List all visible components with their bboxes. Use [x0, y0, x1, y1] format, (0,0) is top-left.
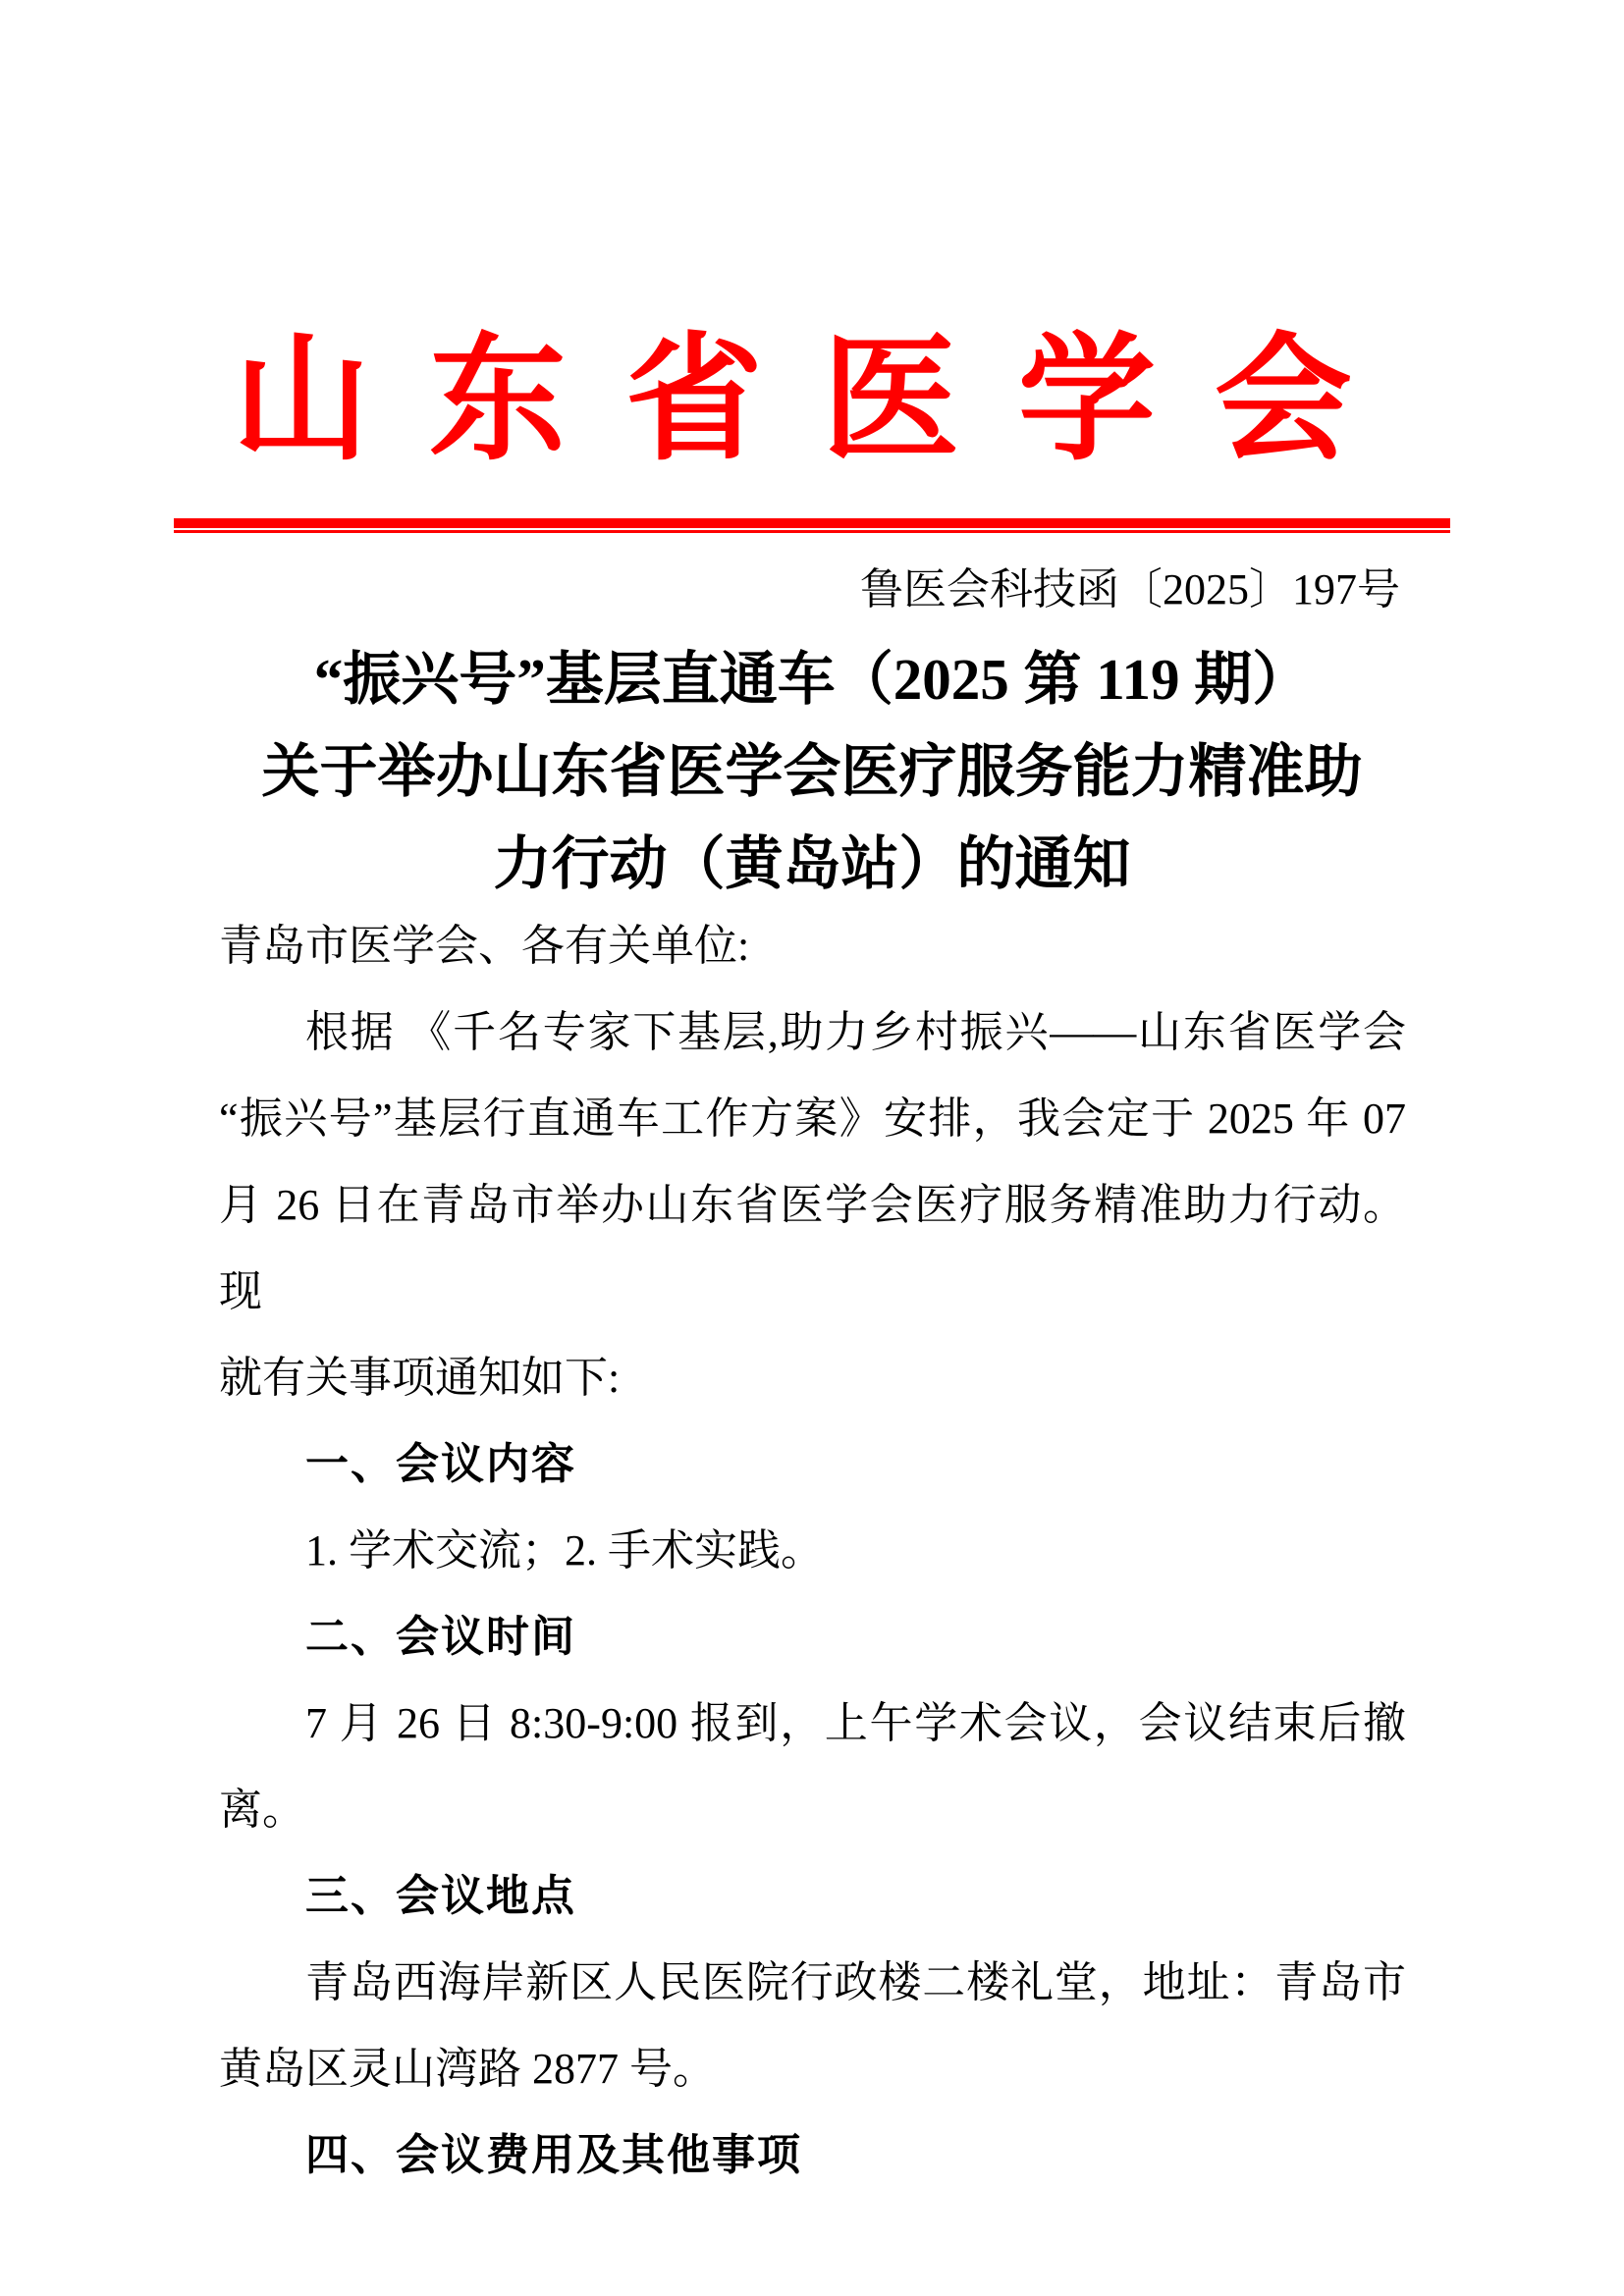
body-line: 离。 — [219, 1767, 1406, 1853]
body-line: “振兴号”基层行直通车工作方案》安排，我会定于 2025 年 07 — [219, 1076, 1406, 1162]
org-title-char: 山 — [233, 324, 370, 479]
body-line: 黄岛区灵山湾路 2877 号。 — [219, 2026, 1406, 2112]
org-title-char: 学 — [1018, 324, 1156, 479]
org-masthead-title: 山东省医学会 — [233, 324, 1352, 486]
body-line: 7 月 26 日 8:30-9:00 报到，上午学术会议，会议结束后撤 — [219, 1681, 1406, 1767]
body-line: 青岛西海岸新区人民医院行政楼二楼礼堂，地址：青岛市 — [219, 1940, 1406, 2026]
notice-body: 青岛市医学会、各有关单位:根据 《千名专家下基层,助力乡村振兴——山东省医学会“… — [219, 903, 1406, 2199]
doc-reference-number: 鲁医会科技函〔2025〕197号 — [219, 562, 1400, 617]
org-title-char: 医 — [822, 324, 959, 479]
body-line: 月 26 日在青岛市举办山东省医学会医疗服务精准助力行动。现 — [219, 1162, 1406, 1335]
org-title-char: 会 — [1215, 324, 1352, 479]
notice-title: “振兴号”基层直通车（2025 第 119 期） 关于举办山东省医学会医疗服务能… — [0, 633, 1624, 910]
body-line: 就有关事项通知如下: — [219, 1335, 1406, 1421]
org-title-char: 东 — [429, 324, 567, 479]
body-line: 三、会议地点 — [219, 1853, 1406, 1940]
document-page: 山东省医学会 鲁医会科技函〔2025〕197号 “振兴号”基层直通车（2025 … — [0, 0, 1624, 2296]
notice-title-line-1: “振兴号”基层直通车（2025 第 119 期） — [0, 633, 1624, 725]
body-line: 1. 学术交流；2. 手术实践。 — [219, 1508, 1406, 1594]
body-line: 二、会议时间 — [219, 1594, 1406, 1681]
body-line: 一、会议内容 — [219, 1421, 1406, 1508]
masthead-divider-rule — [174, 518, 1450, 533]
body-line: 四、会议费用及其他事项 — [219, 2112, 1406, 2199]
body-line: 青岛市医学会、各有关单位: — [219, 903, 1406, 989]
body-line: 根据 《千名专家下基层,助力乡村振兴——山东省医学会 — [219, 989, 1406, 1076]
org-title-char: 省 — [625, 324, 763, 479]
notice-title-line-2: 关于举办山东省医学会医疗服务能力精准助 — [0, 725, 1624, 818]
notice-title-line-3: 力行动（黄岛站）的通知 — [0, 818, 1624, 910]
